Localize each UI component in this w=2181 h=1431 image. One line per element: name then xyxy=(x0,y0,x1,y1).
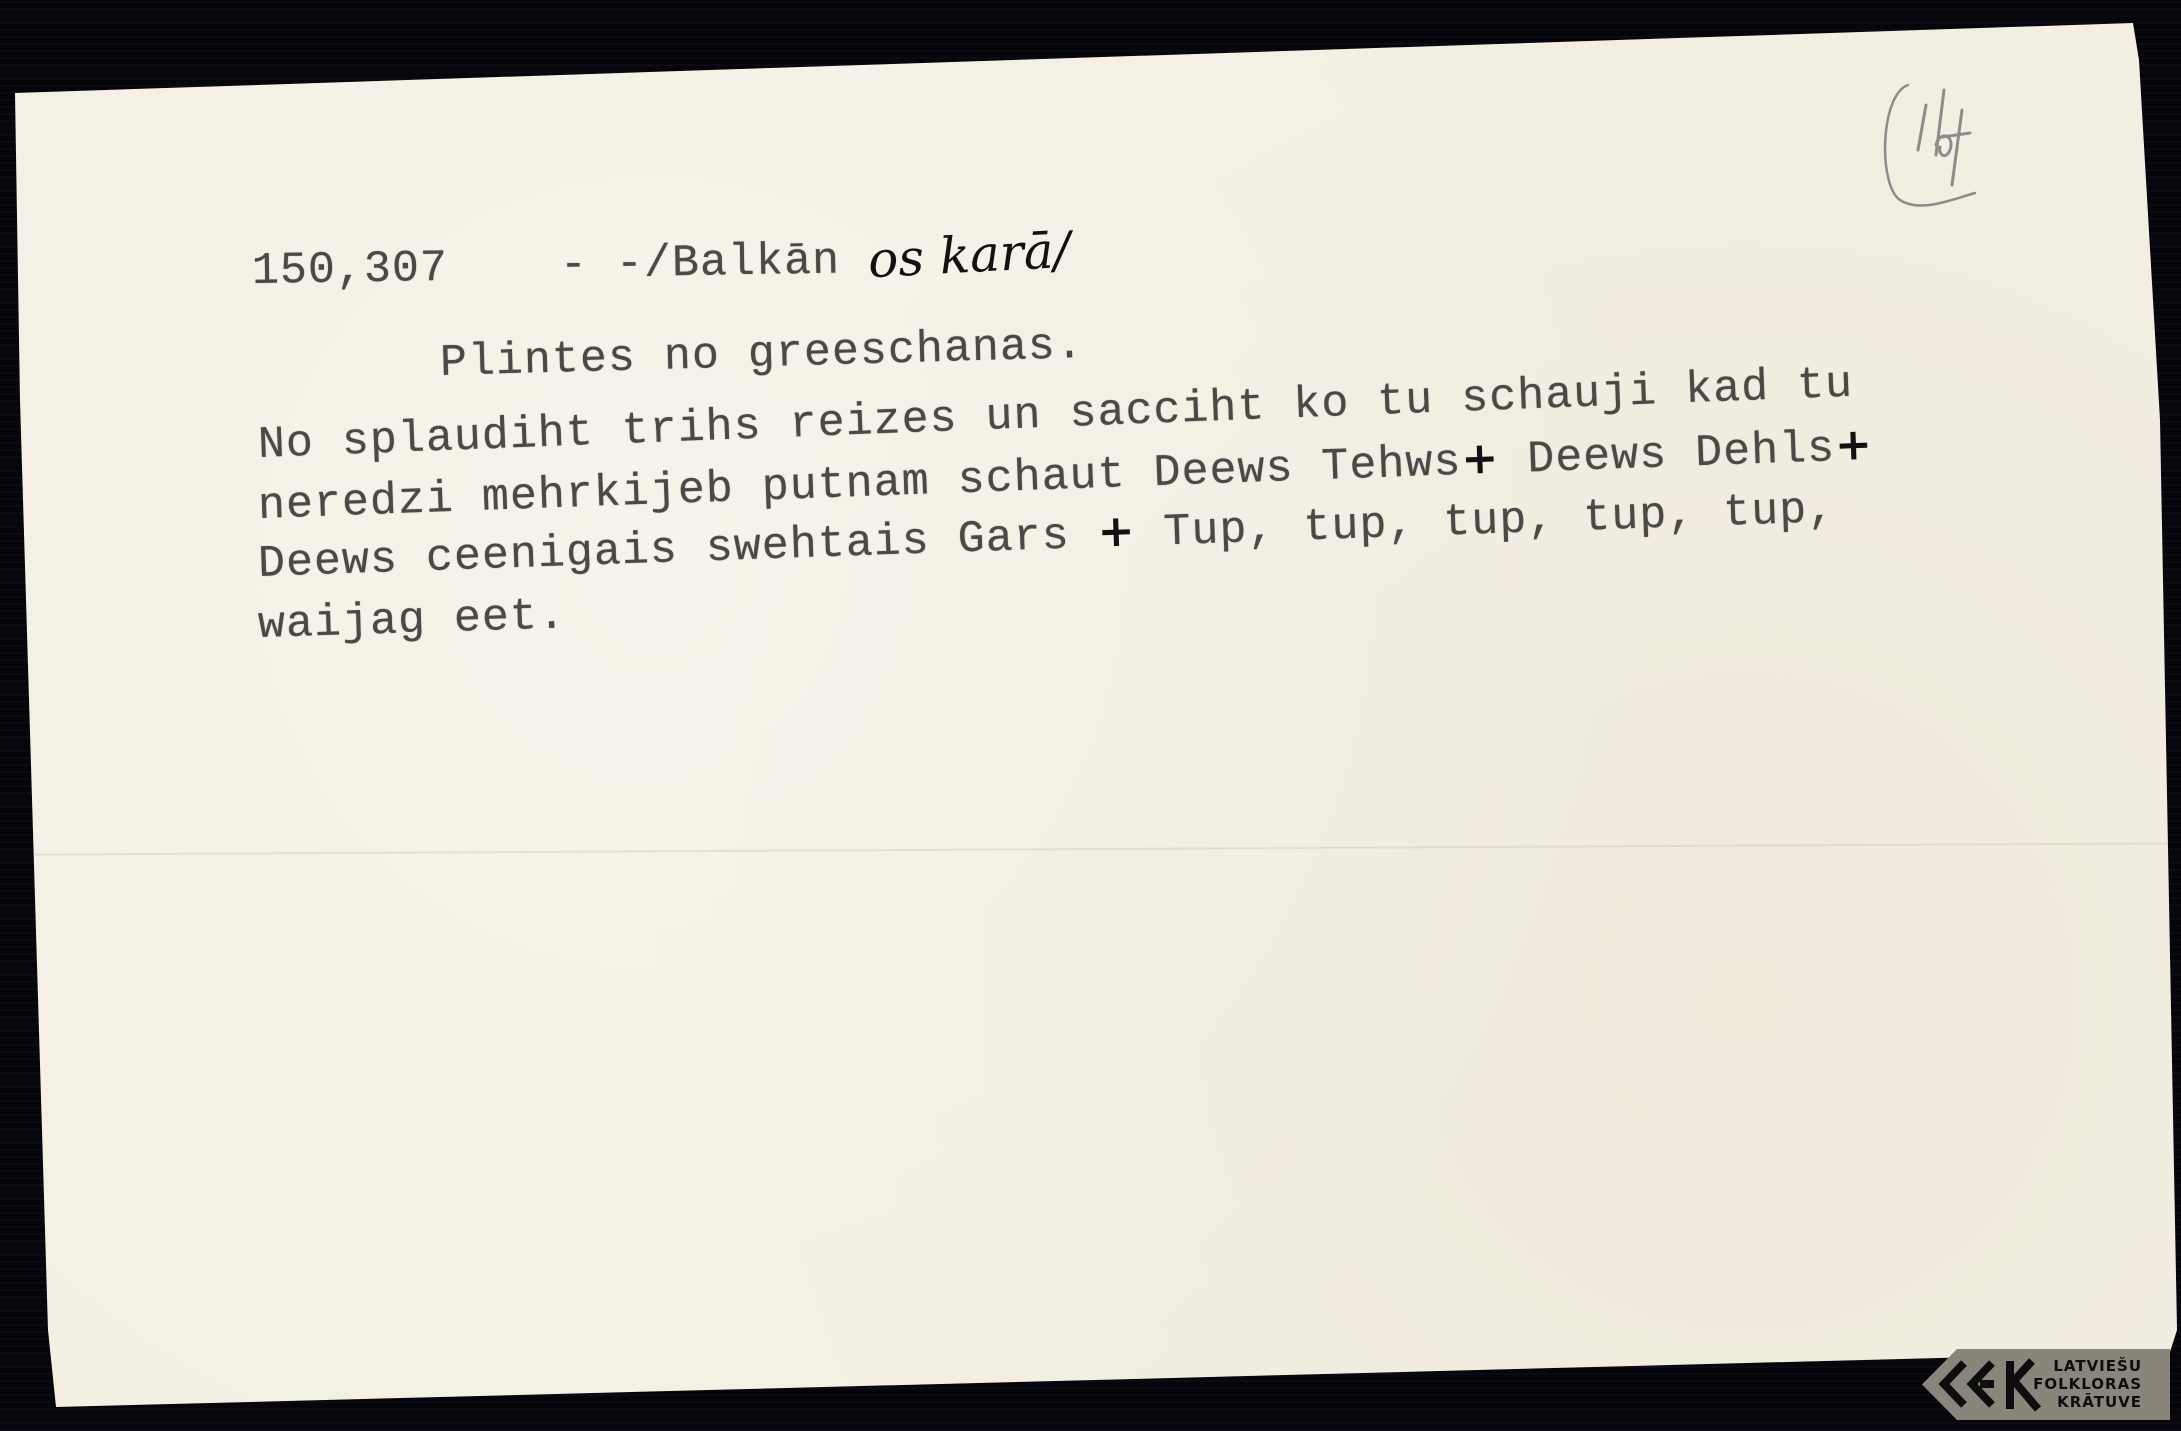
pencil-page-number xyxy=(1880,75,2000,215)
archive-card: 150,307 - -/Balkān os karā/ Plintes no g… xyxy=(0,0,2181,1431)
cross-mark: + xyxy=(1097,505,1137,557)
cross-mark: + xyxy=(1460,433,1500,485)
heading-typed: - -/Balkān xyxy=(560,236,841,291)
body-text: Deews Dehls xyxy=(1498,423,1836,486)
archive-logo: LATVIEŠU FOLKLORAS KRĀTUVE xyxy=(1922,1349,2170,1420)
logo-line: KRĀTUVE xyxy=(2033,1393,2142,1411)
entry-title: Plintes no greeschanas. xyxy=(439,320,1084,389)
body-line: waijag eet. xyxy=(257,590,567,651)
cross-mark: + xyxy=(1834,419,1874,471)
body-text: waijag eet. xyxy=(257,590,567,651)
card-crease xyxy=(30,842,2170,855)
heading-handwritten: os karā/ xyxy=(867,221,1072,290)
logo-line: FOLKLORAS xyxy=(2033,1375,2142,1393)
logo-text: LATVIEŠU FOLKLORAS KRĀTUVE xyxy=(2033,1357,2142,1411)
logo-line: LATVIEŠU xyxy=(2033,1357,2142,1375)
record-number: 150,307 xyxy=(252,243,449,297)
